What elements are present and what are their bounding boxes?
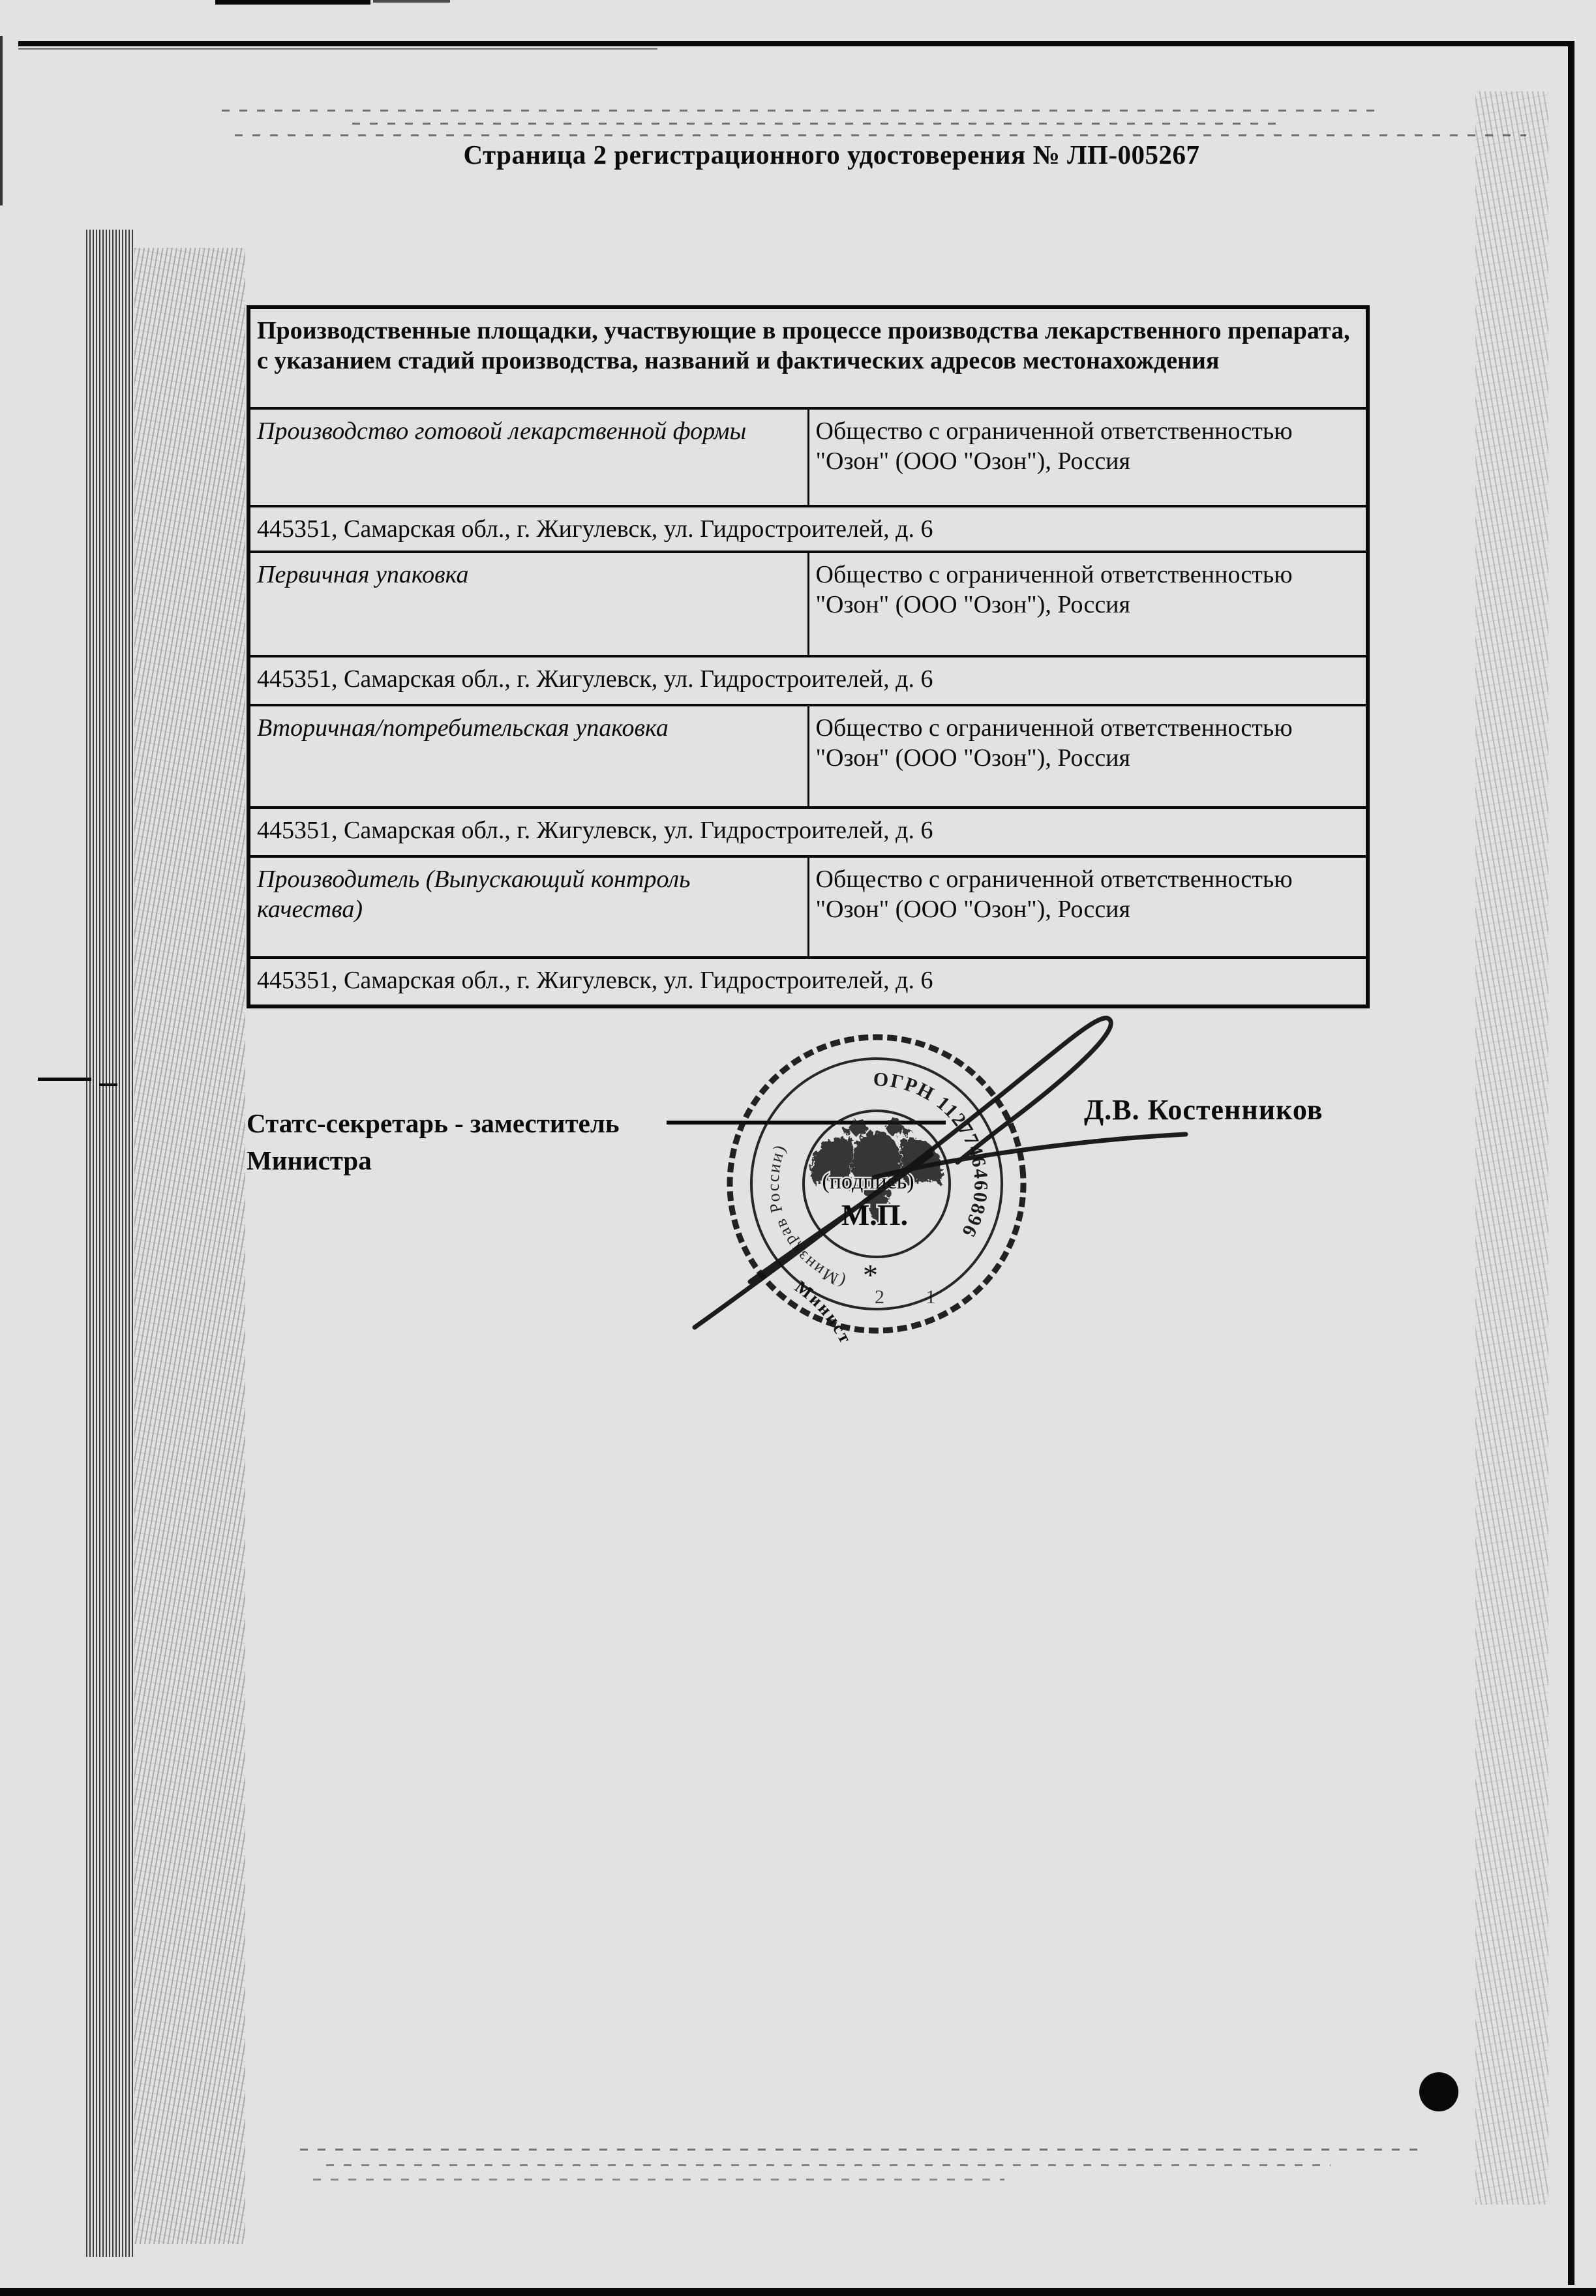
table-row: Производственные площадки, участвующие в… [248,307,1368,408]
stage-cell: Вторичная/потребительская упаковка [248,705,808,808]
scan-right-noise-band [1475,91,1548,2205]
address-cell: 445351, Самарская обл., г. Жигулевск, ул… [248,656,1368,705]
scan-noise-row [313,2179,1004,2181]
table-row: 445351, Самарская обл., г. Жигулевск, ул… [248,506,1368,552]
scan-left-noise-band [86,230,134,2257]
scan-right-edge-line [1568,41,1574,2285]
scan-top-edge-line [18,41,1571,46]
stage-cell: Первичная упаковка [248,552,808,656]
margin-dash-mark [99,1083,117,1086]
stage-cell: Производитель (Выпускающий контроль каче… [248,856,808,958]
scan-noise-row [300,2149,1422,2151]
table-row: Первичная упаковка Общество с ограниченн… [248,552,1368,656]
stage-cell: Производство готовой лекарственной формы [248,408,808,506]
table-header-cell: Производственные площадки, участвующие в… [248,307,1368,408]
organization-cell: Общество с ограниченной ответственностью… [808,705,1368,808]
scan-top-bar-2 [373,0,450,3]
page-title: Страница 2 регистрационного удостоверени… [417,139,1246,170]
address-cell: 445351, Самарская обл., г. Жигулевск, ул… [248,808,1368,856]
production-sites-table: Производственные площадки, участвующие в… [247,305,1370,1008]
table-row: Производитель (Выпускающий контроль каче… [248,856,1368,958]
table-row: 445351, Самарская обл., г. Жигулевск, ул… [248,656,1368,705]
scan-bottom-edge-bar [0,2288,1596,2296]
punch-hole-dot [1419,2072,1458,2111]
organization-cell: Общество с ограниченной ответственностью… [808,856,1368,958]
scan-top-edge-line-2 [18,48,657,50]
table-row: Производство готовой лекарственной формы… [248,408,1368,506]
margin-dash-mark [38,1078,91,1081]
signature-stroke-under [750,1155,931,1282]
scan-left-noise-band-2 [134,248,245,2244]
table-row: 445351, Самарская обл., г. Жигулевск, ул… [248,808,1368,856]
scan-left-edge-mark [0,36,3,205]
organization-cell: Общество с ограниченной ответственностью… [808,408,1368,506]
address-cell: 445351, Самарская обл., г. Жигулевск, ул… [248,506,1368,552]
scan-noise-row [326,2164,1331,2166]
scan-noise-row [222,110,1383,112]
scan-top-bar [215,0,370,5]
scanned-document-page: Страница 2 регистрационного удостоверени… [0,0,1596,2296]
scan-noise-row [352,123,1278,125]
scan-noise-row [235,134,1526,136]
table-row: Вторичная/потребительская упаковка Общес… [248,705,1368,808]
handwritten-signature [639,991,1396,1357]
organization-cell: Общество с ограниченной ответственностью… [808,552,1368,656]
